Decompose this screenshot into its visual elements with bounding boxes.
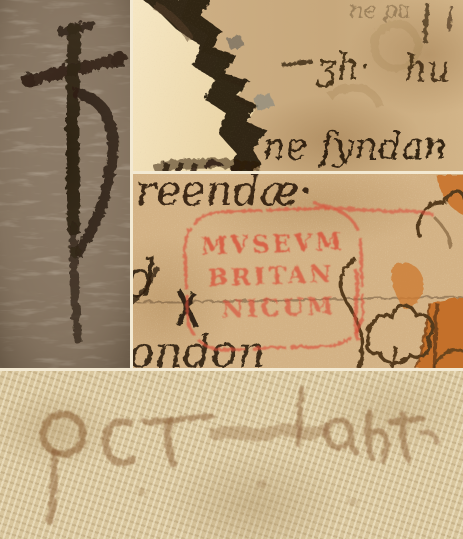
ink-fleck [136,487,144,495]
panel-stamped-leaf: reendæ· d ondon [133,174,463,368]
smudged-word [215,429,322,434]
stamp-line-2: BRITAN [206,258,333,291]
ascender-stroke [424,2,426,42]
panel-faded-inscription [0,371,463,539]
faint-top-inscription: ne pa [348,0,409,22]
panel-charred-fragment: ne pa ʒh· hu ne ſyndan [133,0,463,171]
stamp-line-1: MVSEVM [199,226,344,260]
dark-parchment-canvas [0,0,130,368]
panel-dark-parchment-glyph [0,0,130,368]
word-main: ne ſyndan [261,124,447,167]
word-mid: ʒh· [314,46,370,87]
ink-fleck-3 [348,497,356,505]
manuscript-collage: ne pa ʒh· hu ne ſyndan [0,0,463,539]
ascender [297,387,300,443]
faded-strip-canvas [0,371,463,539]
vignette-overlay [0,0,130,368]
word-right: hu [403,48,449,89]
charred-fragment-canvas: ne pa ʒh· hu ne ſyndan [133,0,463,171]
word-bottom-clipped: ondon [133,326,265,368]
stamped-leaf-canvas: reendæ· d ondon [133,174,463,368]
ascender-stroke-2 [448,4,450,30]
ink-fleck-2 [255,478,265,488]
word-left-partial: d [133,249,156,309]
stamp-line-3: NICUM [220,290,336,323]
